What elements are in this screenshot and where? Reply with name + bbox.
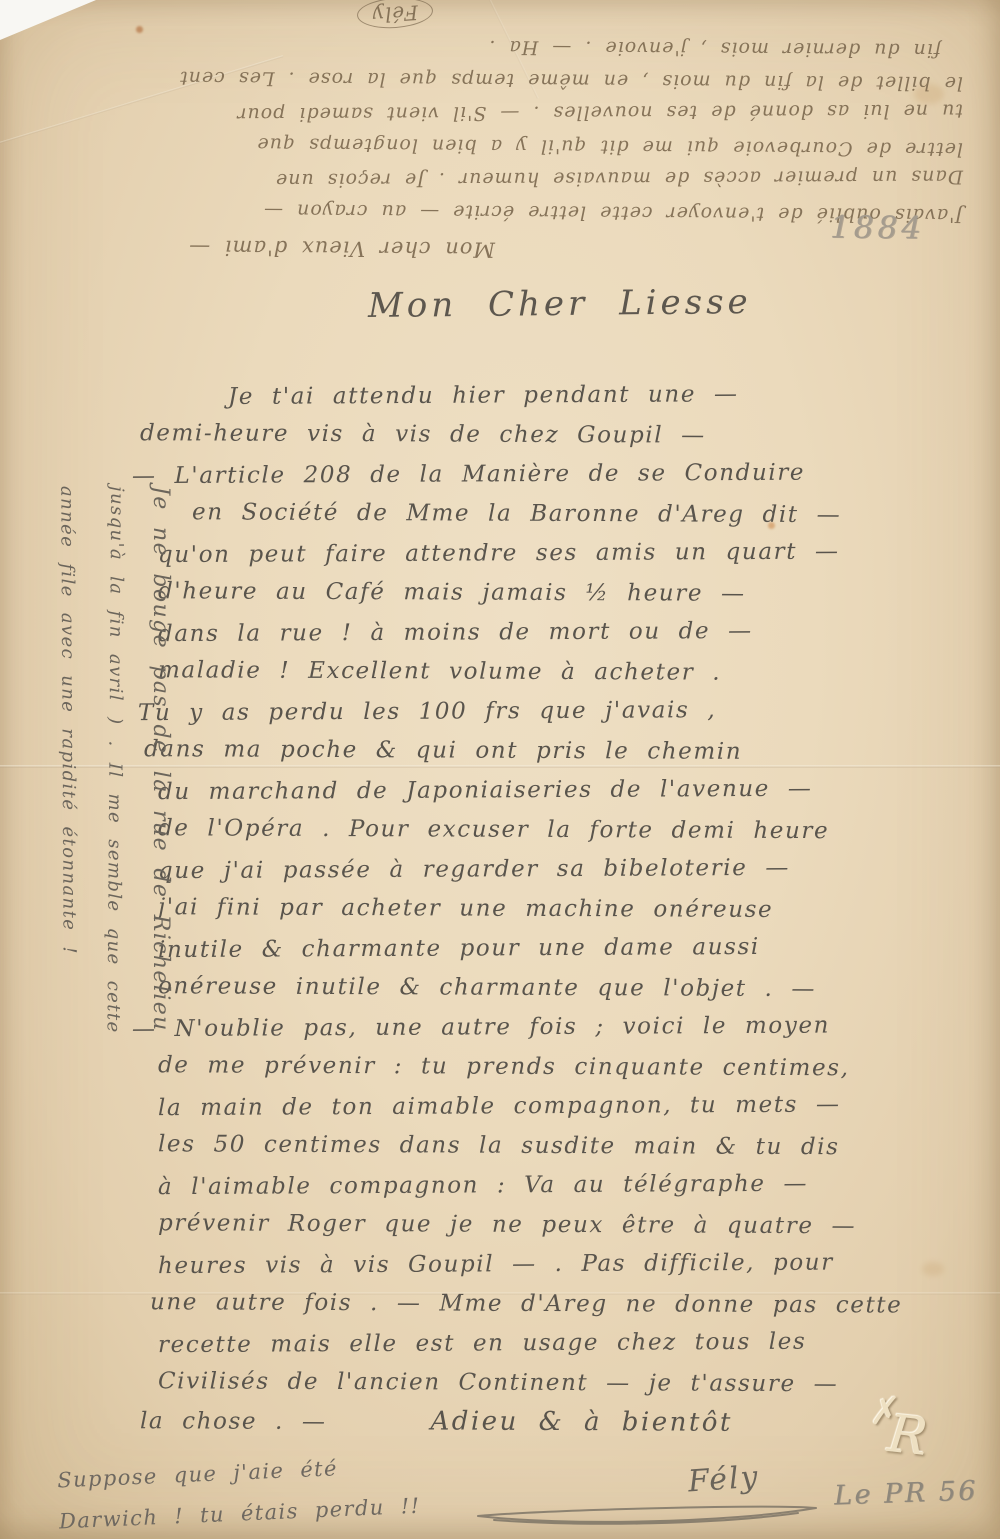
handwritten-line: Je ne bouge pas de la rue de Richelieu xyxy=(137,486,183,1148)
closing-prefix: la chose . — xyxy=(140,1402,327,1442)
handwritten-line: J'avais oublié de t'envoyer cette lettre… xyxy=(38,192,963,231)
inverted-postscript: Mon cher Vieux d'ami — J'avais oublié de… xyxy=(38,6,963,268)
letter-scan: Mon cher Vieux d'ami — J'avais oublié de… xyxy=(0,0,1000,1539)
handwritten-line: Civilisés de l'ancien Continent — je t'a… xyxy=(158,1362,968,1405)
handwritten-line: une autre fois . — Mme d'Areg ne donne p… xyxy=(150,1283,968,1326)
handwritten-line: qu'on peut faire attendre ses amis un qu… xyxy=(158,532,968,576)
handwritten-line: le billet de la fin du mois , en même te… xyxy=(38,60,963,99)
handwritten-line: tu ne lui as donné de tes nouvelles . — … xyxy=(38,94,963,132)
year-annotation: 1884 xyxy=(830,210,925,247)
handwritten-line: la main de ton aimable compagnon, tu met… xyxy=(158,1085,968,1129)
handwritten-line: de l'Opéra . Pour excuser la forte demi … xyxy=(158,809,968,852)
handwritten-line: que j'ai passée à regarder sa bibeloteri… xyxy=(158,848,968,892)
handwritten-line: fin du dernier mois , j'envoie . — Ha . xyxy=(38,27,941,66)
handwritten-line: maladie ! Excellent volume à acheter . xyxy=(158,651,968,694)
inverted-salutation: Mon cher Vieux d'ami — xyxy=(38,226,495,269)
handwritten-line: Tu y as perdu les 100 frs que j'avais , xyxy=(138,690,968,734)
handwritten-line: dans la rue ! à moins de mort ou de — xyxy=(158,611,968,655)
handwritten-line: Dans un premier accès de mauvaise humeur… xyxy=(38,160,963,198)
inverted-signature: Fély xyxy=(356,0,434,31)
signature: Fély xyxy=(687,1460,761,1500)
handwritten-line: de me prévenir : tu prends cinquante cen… xyxy=(158,1046,968,1089)
margin-note: Je ne bouge pas de la rue de Richelieuju… xyxy=(45,486,183,1148)
closing-phrase: Adieu & à bientôt xyxy=(430,1402,733,1443)
handwritten-line: inutile & charmante pour une dame aussi xyxy=(158,927,968,971)
handwritten-line: heures vis à vis Goupil — . Pas difficil… xyxy=(158,1243,968,1287)
letter-salutation: Mon Cher Liesse xyxy=(368,282,752,326)
handwritten-line: à l'aimable compagnon : Va au télégraphe… xyxy=(158,1164,968,1208)
handwritten-line: Je t'ai attendu hier pendant une — xyxy=(228,374,968,417)
handwritten-line: dans ma poche & qui ont pris le chemin xyxy=(144,730,968,773)
handwritten-line: prévenir Roger que je ne peux être à qua… xyxy=(158,1204,968,1247)
catalog-mark: Le PR 56 xyxy=(834,1475,979,1511)
letter-body: Je t'ai attendu hier pendant une —demi-h… xyxy=(158,376,968,1444)
handwritten-line: jusqu'à la fin avril ) . Il me semble qu… xyxy=(89,486,140,1148)
handwritten-line: recette mais elle est en usage chez tous… xyxy=(158,1322,968,1366)
handwritten-line: en Société de Mme la Baronne d'Areg dit … xyxy=(192,493,968,536)
monogram-letter: R xyxy=(885,1404,930,1468)
handwritten-line: année file avec une rapidité étonnante ! xyxy=(43,486,92,1148)
handwritten-line: onéreuse inutile & charmante que l'objet… xyxy=(158,967,968,1010)
handwritten-line: demi-heure vis à vis de chez Goupil — xyxy=(140,414,968,457)
handwritten-line: d'heure au Café mais jamais ½ heure — xyxy=(158,572,968,615)
handwritten-line: les 50 centimes dans la susdite main & t… xyxy=(158,1125,968,1168)
handwritten-line: lettre de Courbevoie qui me dit qu'il y … xyxy=(38,126,963,165)
handwritten-line: du marchand de Japoniaiseries de l'avenu… xyxy=(158,769,968,813)
handwritten-line: — N'oublie pas, une autre fois ; voici l… xyxy=(132,1006,968,1050)
handwritten-line: — L'article 208 de la Manière de se Cond… xyxy=(132,453,968,497)
embossed-monogram: ✗ R xyxy=(866,1392,946,1484)
inverted-postscript-lines: J'avais oublié de t'envoyer cette lettre… xyxy=(38,63,963,228)
closing-line: la chose . — Adieu & à bientôt xyxy=(140,1401,968,1445)
handwritten-line: j'ai fini par acheter une machine onéreu… xyxy=(158,888,968,931)
